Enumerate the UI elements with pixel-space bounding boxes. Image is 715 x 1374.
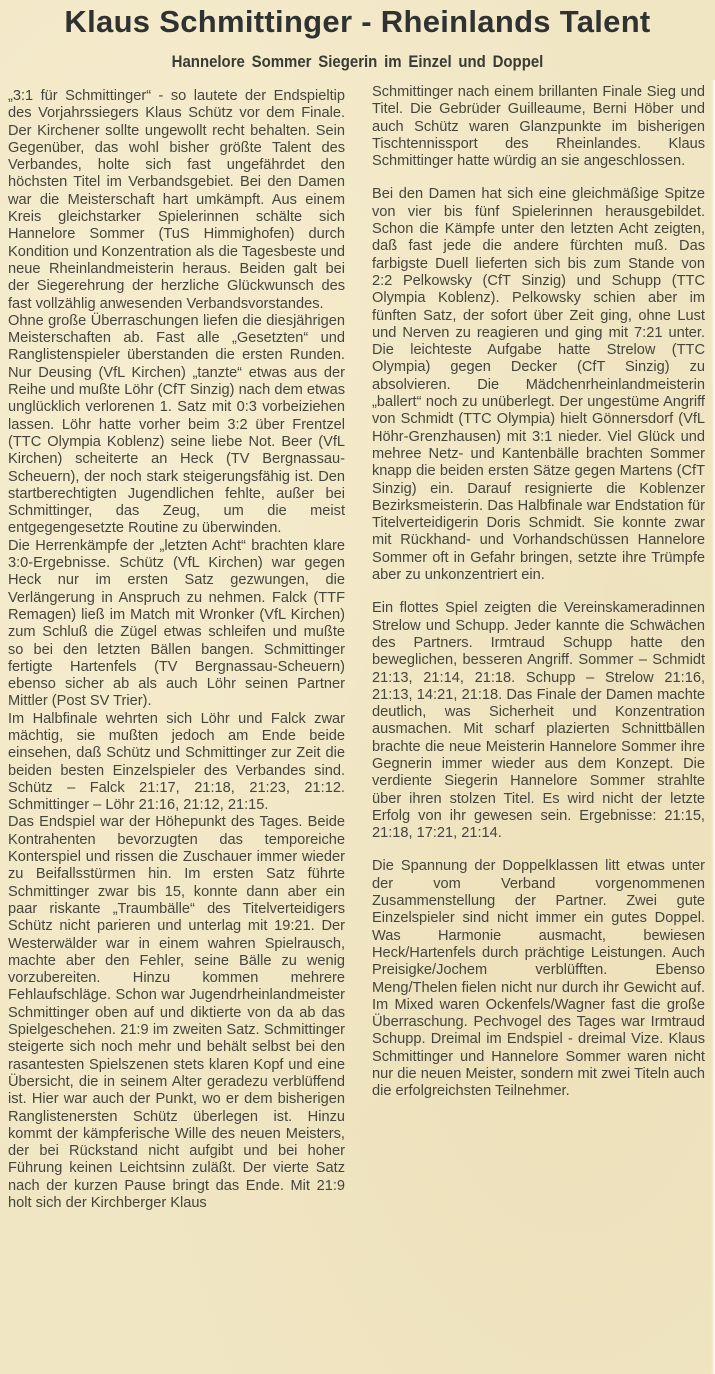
clipping-edge xyxy=(711,80,715,1374)
subheadline: Hannelore Sommer Siegerin im Einzel und … xyxy=(43,49,672,75)
paragraph: Schmittinger nach einem brillanten Final… xyxy=(372,84,705,170)
headline: Klaus Schmittinger - Rheinlands Talent xyxy=(0,2,715,42)
paragraph: Ohne große Überraschungen liefen die die… xyxy=(8,313,345,538)
paragraph: Die Herrenkämpfe der „letzten Acht“ brac… xyxy=(8,538,345,711)
paragraph: Bei den Damen hat sich eine gleichmäßige… xyxy=(372,186,705,584)
paragraph: Die Spannung der Doppelklassen litt etwa… xyxy=(372,858,705,1100)
paragraph: Das Endspiel war der Höhepunkt des Tages… xyxy=(8,814,345,1212)
article-column-left: „3:1 für Schmittinger“ - so lautete der … xyxy=(8,88,345,1212)
paragraph: Ein flottes Spiel zeigten die Vereinskam… xyxy=(372,600,705,842)
paragraph: „3:1 für Schmittinger“ - so lautete der … xyxy=(8,88,345,313)
newspaper-clipping: Klaus Schmittinger - Rheinlands Talent H… xyxy=(0,0,715,1374)
article-column-right: Schmittinger nach einem brillanten Final… xyxy=(372,84,705,1101)
paragraph: Im Halbfinale wehrten sich Löhr und Falc… xyxy=(8,711,345,815)
